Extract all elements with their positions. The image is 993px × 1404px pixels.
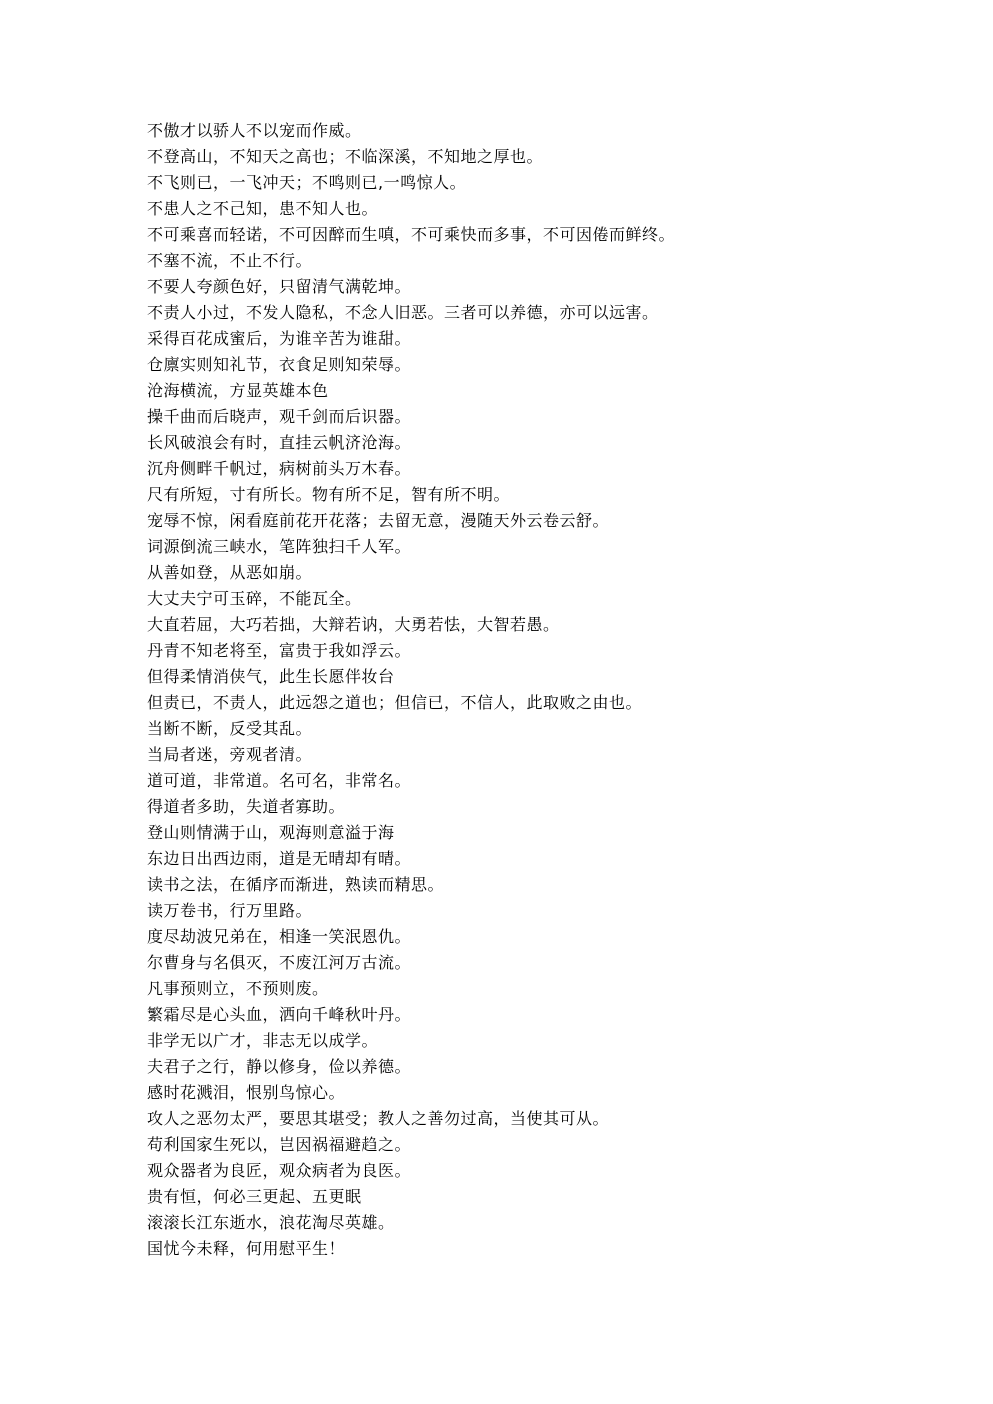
- text-line: 夫君子之行，静以修身，俭以养德。: [147, 1054, 953, 1080]
- text-line: 但责已，不责人，此远怨之道也；但信已，不信人，此取败之由也。: [147, 690, 953, 716]
- text-line: 长风破浪会有时，直挂云帆济沧海。: [147, 430, 953, 456]
- text-line: 不可乘喜而轻诺，不可因醉而生嗔，不可乘快而多事，不可因倦而鲜终。: [147, 222, 953, 248]
- text-line: 大丈夫宁可玉碎，不能瓦全。: [147, 586, 953, 612]
- text-line: 不患人之不己知，患不知人也。: [147, 196, 953, 222]
- text-line: 国忧今未释，何用慰平生！: [147, 1236, 953, 1262]
- text-line: 感时花溅泪，恨别鸟惊心。: [147, 1080, 953, 1106]
- proverb-list: 不傲才以骄人不以宠而作威。不登高山，不知天之高也；不临深溪，不知地之厚也。不飞则…: [147, 118, 953, 1262]
- text-line: 道可道，非常道。名可名，非常名。: [147, 768, 953, 794]
- text-line: 苟利国家生死以，岂因祸福避趋之。: [147, 1132, 953, 1158]
- text-line: 滚滚长江东逝水，浪花淘尽英雄。: [147, 1210, 953, 1236]
- text-line: 不登高山，不知天之高也；不临深溪，不知地之厚也。: [147, 144, 953, 170]
- text-line: 当断不断，反受其乱。: [147, 716, 953, 742]
- text-line: 不飞则已，一飞冲天；不鸣则已,一鸣惊人。: [147, 170, 953, 196]
- text-line: 东边日出西边雨，道是无晴却有晴。: [147, 846, 953, 872]
- text-line: 从善如登，从恶如崩。: [147, 560, 953, 586]
- text-line: 采得百花成蜜后，为谁辛苦为谁甜。: [147, 326, 953, 352]
- text-line: 丹青不知老将至，富贵于我如浮云。: [147, 638, 953, 664]
- text-line: 得道者多助，失道者寡助。: [147, 794, 953, 820]
- text-line: 观众器者为良匠，观众病者为良医。: [147, 1158, 953, 1184]
- text-line: 贵有恒，何必三更起、五更眠: [147, 1184, 953, 1210]
- document-page: 不傲才以骄人不以宠而作威。不登高山，不知天之高也；不临深溪，不知地之厚也。不飞则…: [0, 0, 993, 1404]
- text-line: 攻人之恶勿太严，要思其堪受；教人之善勿过高，当使其可从。: [147, 1106, 953, 1132]
- text-line: 度尽劫波兄弟在，相逢一笑泯恩仇。: [147, 924, 953, 950]
- text-line: 但得柔情消侠气，此生长愿伴妆台: [147, 664, 953, 690]
- text-line: 不塞不流，不止不行。: [147, 248, 953, 274]
- text-line: 凡事预则立，不预则废。: [147, 976, 953, 1002]
- text-line: 当局者迷，旁观者清。: [147, 742, 953, 768]
- text-line: 非学无以广才，非志无以成学。: [147, 1028, 953, 1054]
- text-line: 大直若屈，大巧若拙，大辩若讷，大勇若怯，大智若愚。: [147, 612, 953, 638]
- text-line: 不傲才以骄人不以宠而作威。: [147, 118, 953, 144]
- text-line: 操千曲而后晓声，观千剑而后识器。: [147, 404, 953, 430]
- text-line: 宠辱不惊，闲看庭前花开花落；去留无意，漫随天外云卷云舒。: [147, 508, 953, 534]
- text-line: 沉舟侧畔千帆过，病树前头万木春。: [147, 456, 953, 482]
- text-line: 不责人小过，不发人隐私，不念人旧恶。三者可以养德，亦可以远害。: [147, 300, 953, 326]
- text-line: 读万卷书，行万里路。: [147, 898, 953, 924]
- text-line: 繁霜尽是心头血，洒向千峰秋叶丹。: [147, 1002, 953, 1028]
- text-line: 沧海横流，方显英雄本色: [147, 378, 953, 404]
- text-line: 词源倒流三峡水，笔阵独扫千人军。: [147, 534, 953, 560]
- text-line: 仓廪实则知礼节，衣食足则知荣辱。: [147, 352, 953, 378]
- text-line: 读书之法，在循序而渐进，熟读而精思。: [147, 872, 953, 898]
- text-line: 尔曹身与名俱灭，不废江河万古流。: [147, 950, 953, 976]
- text-line: 不要人夸颜色好，只留清气满乾坤。: [147, 274, 953, 300]
- text-line: 尺有所短，寸有所长。物有所不足，智有所不明。: [147, 482, 953, 508]
- text-line: 登山则情满于山，观海则意溢于海: [147, 820, 953, 846]
